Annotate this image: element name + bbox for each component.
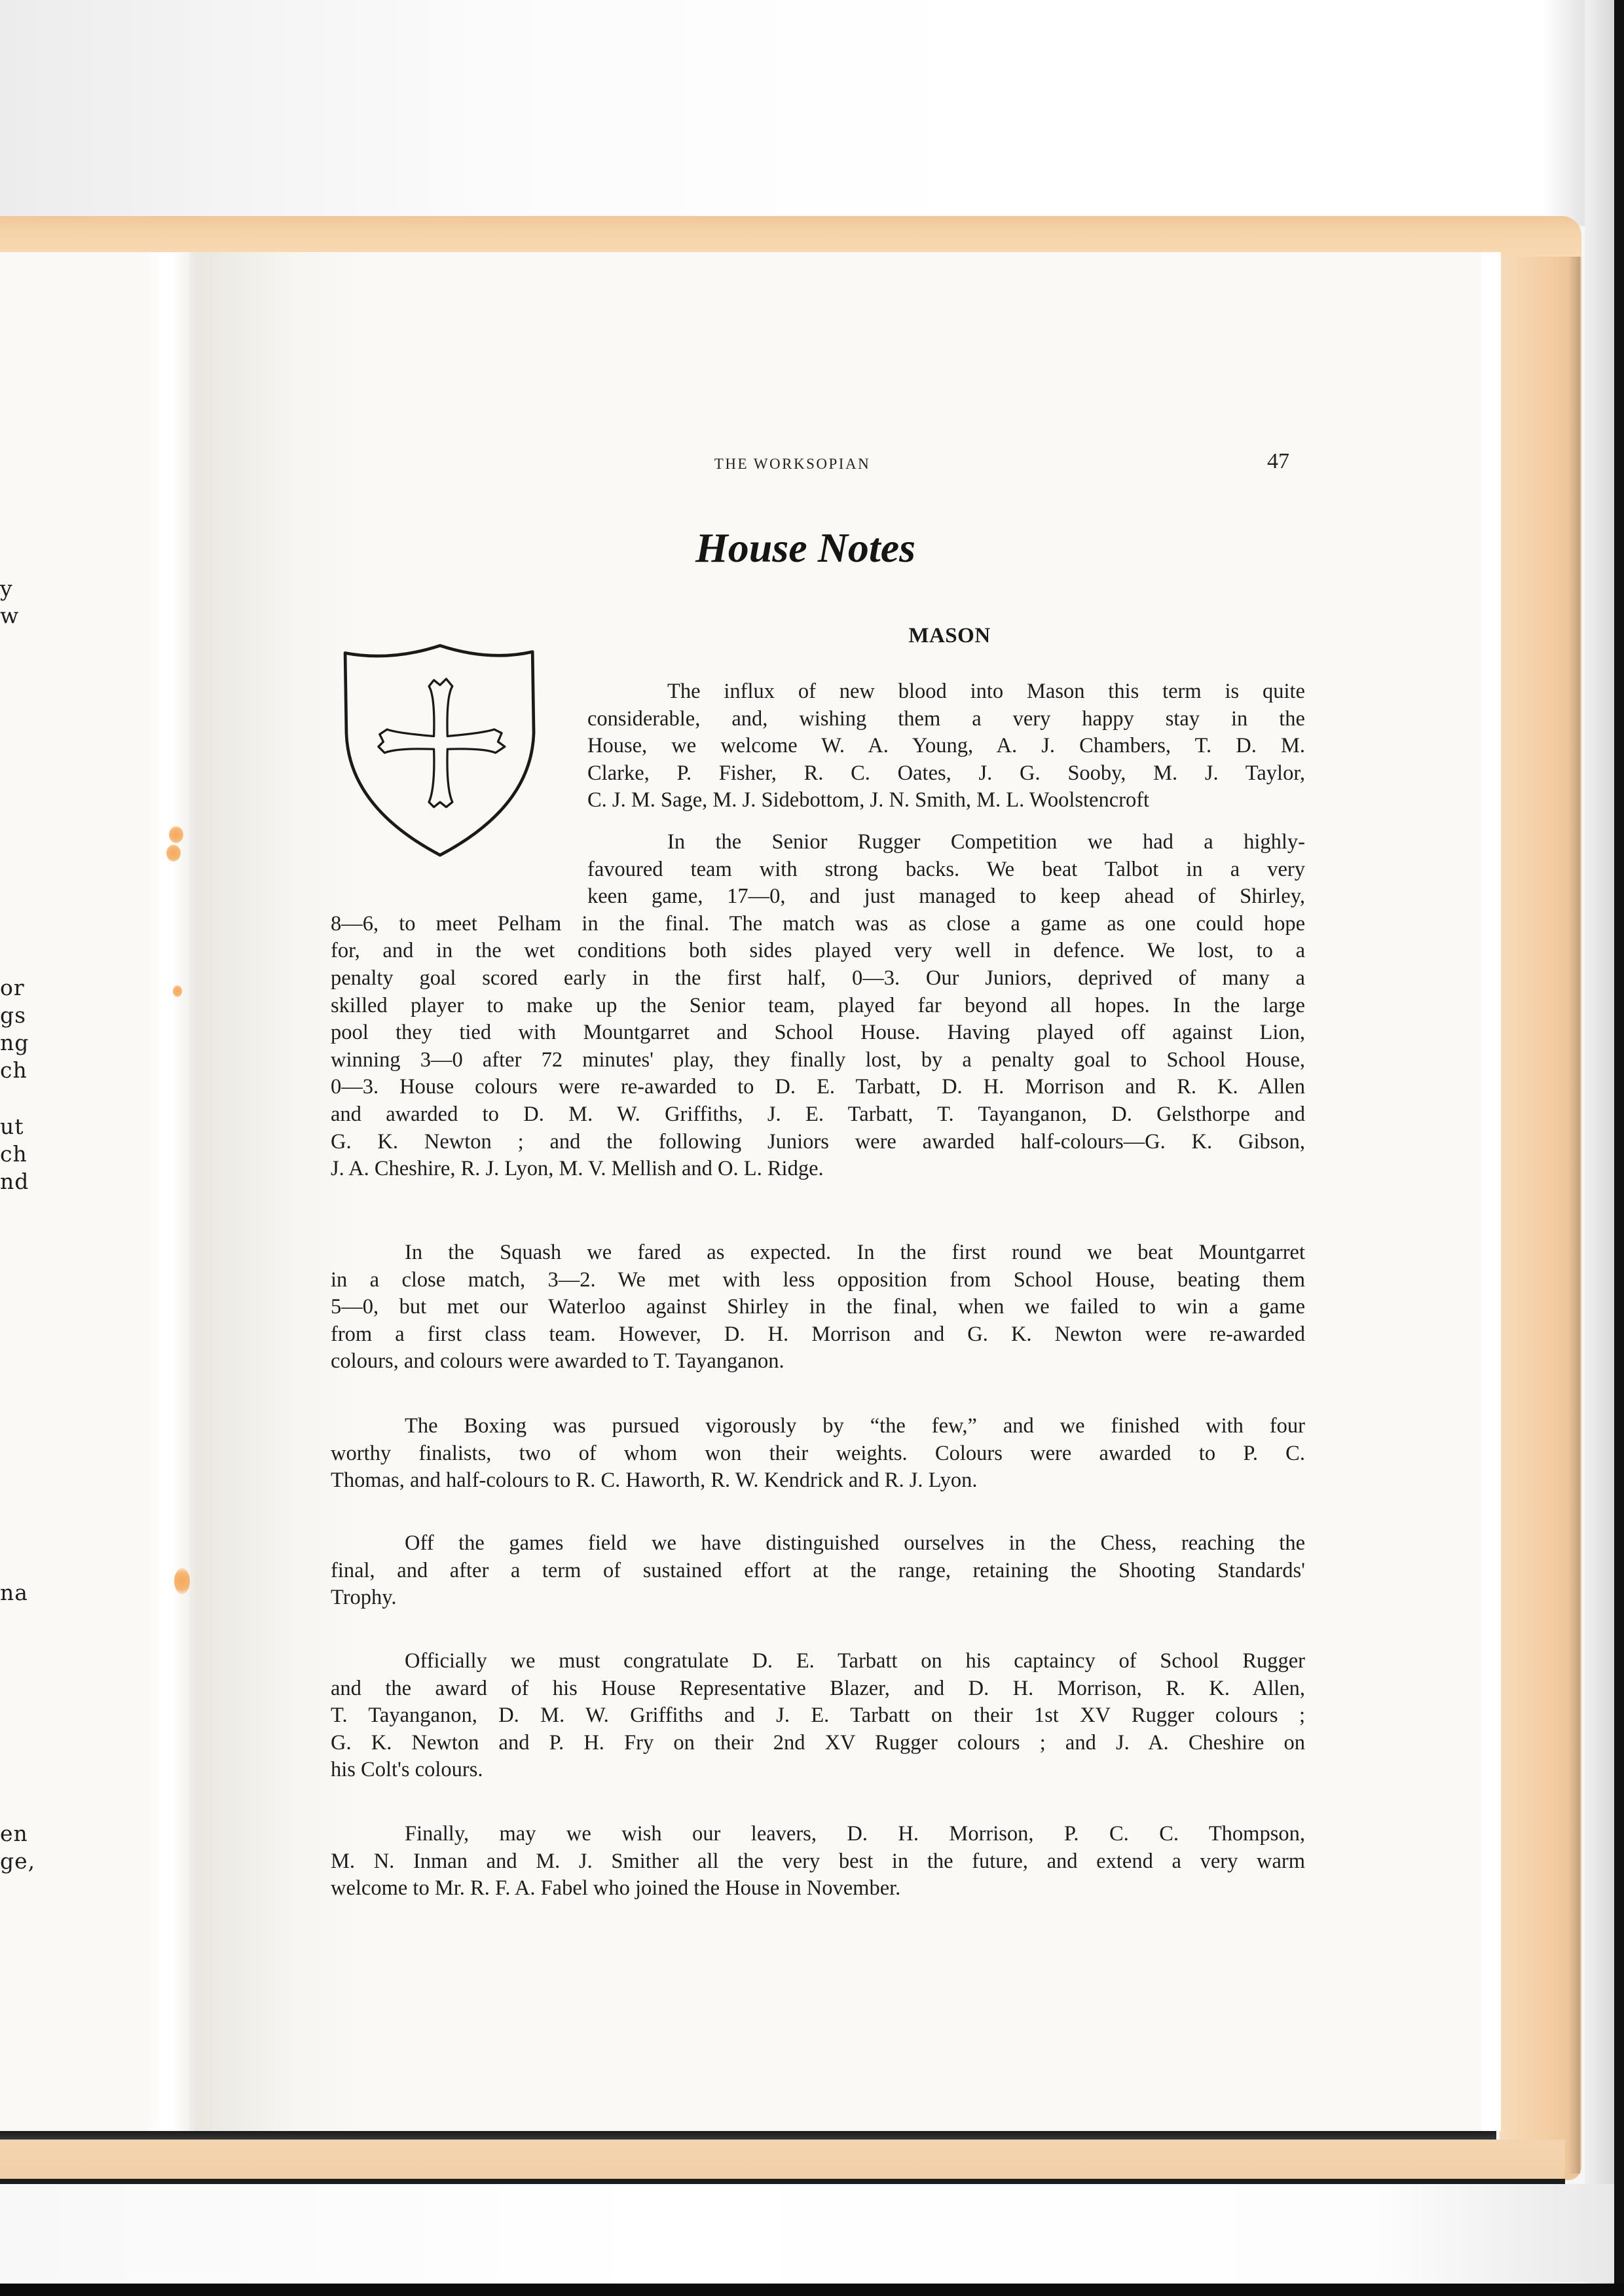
text-line: winning 3—0 after 72 minutes' play, they… [331, 1047, 1305, 1074]
text-line: Officially we must congratulate D. E. Ta… [331, 1648, 1305, 1675]
text-line: and awarded to D. M. W. Griffiths, J. E.… [331, 1101, 1305, 1129]
previous-page-fragment: na [0, 1579, 28, 1607]
text-line: welcome to Mr. R. F. A. Fabel who joined… [331, 1875, 1305, 1903]
page-fore-edge [1481, 252, 1501, 2131]
text-line: keen game, 17—0, and just managed to kee… [331, 883, 1305, 911]
foxing-stain [173, 985, 182, 997]
text-line: G. K. Newton ; and the following Juniors… [331, 1129, 1305, 1156]
text-line: colours, and colours were awarded to T. … [331, 1348, 1305, 1376]
running-head: THE WORKSOPIAN [694, 456, 891, 473]
previous-page-fragment: w [0, 602, 19, 630]
previous-page-fragment: or [0, 974, 25, 1002]
text-line: pool they tied with Mountgarret and Scho… [331, 1019, 1305, 1047]
scanner-background-top [0, 0, 1624, 226]
cover-edge-top [0, 216, 1581, 257]
text-line: in a close match, 3—2. We met with less … [331, 1267, 1305, 1294]
page-title: House Notes [576, 524, 1035, 572]
previous-page-fragment: ch [0, 1140, 28, 1168]
text-line: Off the games field we have distinguishe… [331, 1530, 1305, 1558]
page-number: 47 [1267, 449, 1289, 474]
book-gutter [144, 252, 196, 2131]
scanner-background-bottom [0, 2184, 1614, 2282]
text-line: considerable, and, wishing them a very h… [587, 706, 1305, 733]
cover-edge-shadow [1568, 236, 1580, 2174]
previous-page-fragment: nd [0, 1168, 29, 1195]
paragraph-leavers: Finally, may we wish our leavers, D. H. … [331, 1821, 1305, 1903]
scanner-background-right [1585, 0, 1614, 2296]
previous-page-fragment: y [0, 575, 13, 602]
text-line: House, we welcome W. A. Young, A. J. Cha… [587, 733, 1305, 760]
text-line: G. K. Newton and P. H. Fry on their 2nd … [331, 1730, 1305, 1757]
scanner-edge-bottom [0, 2284, 1624, 2296]
page-bottom-shadow [0, 2131, 1496, 2140]
foxing-stain [166, 845, 181, 862]
paragraph-rugger: In the Senior Rugger Competition we had … [331, 829, 1305, 1183]
paragraph-chess-shooting: Off the games field we have distinguishe… [331, 1530, 1305, 1612]
text-line: from a first class team. However, D. H. … [331, 1321, 1305, 1349]
text-line: The Boxing was pursued vigorously by “th… [331, 1413, 1305, 1440]
cover-bottom-shadow [0, 2179, 1565, 2184]
text-line: final, and after a term of sustained eff… [331, 1558, 1305, 1585]
previous-page-fragment: ng [0, 1029, 29, 1057]
foxing-stain [169, 826, 183, 843]
text-line: In the Squash we fared as expected. In t… [331, 1239, 1305, 1267]
text-line: Thomas, and half-colours to R. C. Hawort… [331, 1467, 1305, 1495]
text-line: 8—6, to meet Pelham in the final. The ma… [331, 911, 1305, 938]
text-line: and the award of his House Representativ… [331, 1675, 1305, 1703]
text-line: M. N. Inman and M. J. Smither all the ve… [331, 1848, 1305, 1876]
previous-page-fragment: ut [0, 1113, 24, 1140]
text-line: J. A. Cheshire, R. J. Lyon, M. V. Mellis… [331, 1156, 1305, 1183]
text-line: Trophy. [331, 1584, 1305, 1612]
paragraph-new-members: The influx of new blood into Mason this … [587, 678, 1305, 814]
previous-page-fragment: ge, [0, 1848, 35, 1875]
text-line: 0—3. House colours were re-awarded to D.… [331, 1074, 1305, 1101]
text-line: worthy finalists, two of whom won their … [331, 1440, 1305, 1468]
text-line: Clarke, P. Fisher, R. C. Oates, J. G. So… [587, 760, 1305, 788]
text-line: skilled player to make up the Senior tea… [331, 993, 1305, 1020]
previous-page-fragment: en [0, 1820, 28, 1848]
text-line: 5—0, but met our Waterloo against Shirle… [331, 1294, 1305, 1321]
cover-edge-bottom [0, 2140, 1565, 2180]
cross-patonce-icon [378, 679, 505, 807]
foxing-stain [174, 1568, 190, 1594]
section-heading-mason: MASON [851, 624, 1048, 648]
text-line: favoured team with strong backs. We beat… [331, 856, 1305, 884]
previous-page-fragment: gs [0, 1002, 26, 1029]
text-line: penalty goal scored early in the first h… [331, 965, 1305, 993]
paragraph-congratulations: Officially we must congratulate D. E. Ta… [331, 1648, 1305, 1784]
text-line: Finally, may we wish our leavers, D. H. … [331, 1821, 1305, 1848]
text-line: his Colt's colours. [331, 1757, 1305, 1784]
paragraph-boxing: The Boxing was pursued vigorously by “th… [331, 1413, 1305, 1495]
scanner-edge-right [1614, 0, 1624, 2296]
text-line: C. J. M. Sage, M. J. Sidebottom, J. N. S… [587, 787, 1305, 814]
paragraph-squash: In the Squash we fared as expected. In t… [331, 1239, 1305, 1376]
text-line: In the Senior Rugger Competition we had … [331, 829, 1305, 856]
text-line: T. Tayanganon, D. M. W. Griffiths and J.… [331, 1702, 1305, 1730]
previous-page-fragment: ch [0, 1057, 28, 1084]
text-line: The influx of new blood into Mason this … [587, 678, 1305, 706]
text-line: for, and in the wet conditions both side… [331, 938, 1305, 965]
